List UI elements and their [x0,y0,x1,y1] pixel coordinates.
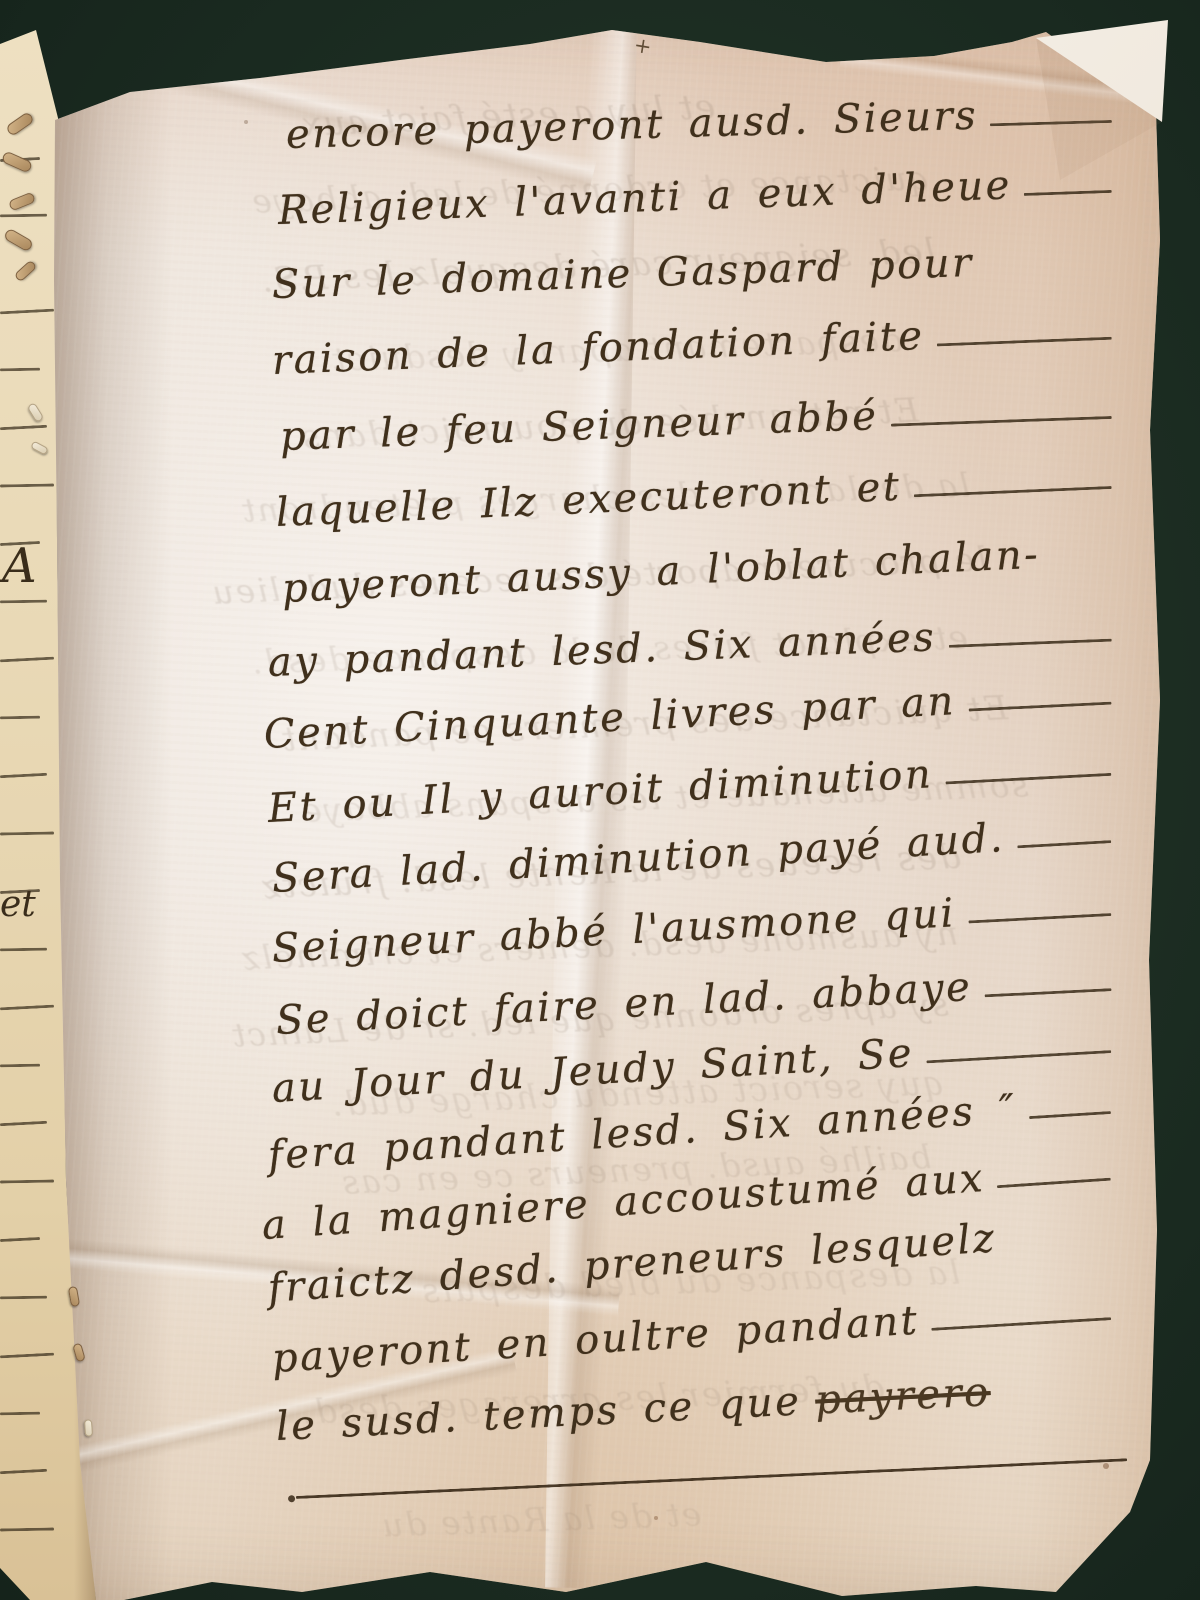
line-text: Et ou Il y auroit diminution [267,751,934,832]
margin-dash [0,832,54,836]
ink-specks [0,0,4,4]
margin-dash [0,425,47,430]
line-filler-dash [891,416,1112,427]
bleedthrough-line: et de la Rante du [379,1494,702,1544]
line-filler-dash [945,773,1111,785]
line-text: laquelle Ilz executeront et [275,464,902,536]
line-text: raison de la fondation faite [271,313,925,384]
margin-dash [0,484,54,488]
cross-mark: + [632,33,653,59]
margin-dash [0,716,40,720]
margin-dash [0,1296,47,1300]
manuscript-line: payeront aussy a l'oblat chalan- [281,528,1116,612]
photo-background: A et et luy a esté faict auxquictance et… [0,0,1200,1600]
margin-dash [0,657,54,663]
line-text: par le feu Seigneur abbé [279,393,879,460]
line-text: payeront aussy a l'oblat chalan- [281,532,1041,612]
margin-dash [0,948,47,952]
line-filler-dash [1017,840,1111,848]
closing-rule [296,1458,1127,1499]
line-filler-dash [932,1317,1112,1331]
margin-letter-a: A [2,538,37,594]
margin-letter-et: et [0,884,36,925]
line-filler-dash [1029,1111,1111,1119]
margin-dash [0,1005,54,1011]
margin-dash [0,368,40,372]
margin-dash [0,773,47,778]
line-filler-dash [937,337,1112,347]
line-filler-dash [948,639,1111,648]
manuscript-page: et luy a esté faict auxquictance et ordo… [0,0,1200,1600]
manuscript-line: ay pandant lesd. Six années [267,607,1116,686]
line-text: Sur le domaine Gaspard pour [271,240,974,308]
line-filler-dash [1024,190,1112,196]
binding-thread [84,1419,93,1437]
manuscript-line: laquelle Ilz executeront et [275,455,1116,536]
margin-dash [0,1180,54,1184]
margin-dash [0,309,54,315]
struck-word: payrero [814,1369,992,1424]
line-text: Cent Cinquante livres par an [263,678,957,758]
margin-dash [0,1469,47,1474]
line-filler-dash [914,486,1112,497]
margin-dash [0,214,47,218]
line-filler-dash [990,120,1112,126]
margin-dash [0,1237,40,1242]
line-filler-dash [984,988,1111,997]
line-filler-dash [968,702,1111,712]
margin-dash [0,1528,54,1532]
margin-dash [0,1064,40,1068]
manuscript-line: par le feu Seigneur abbé [279,385,1116,460]
margin-dash [0,1121,47,1126]
margin-dash [0,600,47,604]
line-filler-dash [997,1178,1111,1189]
margin-dash [0,1412,40,1416]
manuscript-line: Cent Cinquante livres par an [263,670,1116,758]
line-filler-dash [968,913,1111,923]
margin-dash [0,1353,54,1359]
line-text: ay pandant lesd. Six années [267,614,937,686]
line-filler-dash [926,1050,1111,1063]
manuscript-line: raison de la fondation faite [271,306,1116,384]
